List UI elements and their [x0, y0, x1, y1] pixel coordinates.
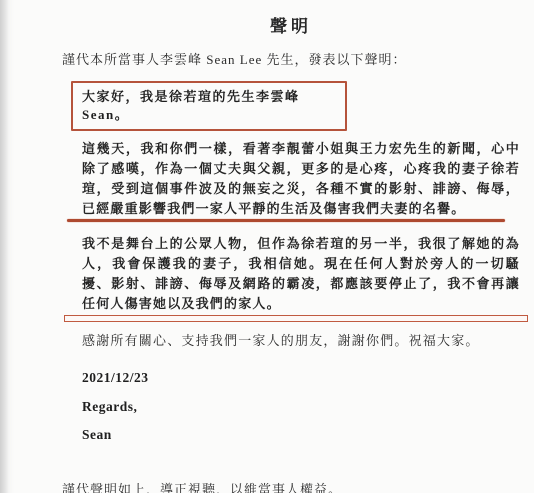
- date-line: 2021/12/23: [82, 370, 520, 386]
- thanks-line: 感謝所有關心、支持我們一家人的朋友，謝謝你們。祝福大家。: [82, 332, 520, 350]
- paragraph-news: 這幾天，我和你們一樣，看著李靚蕾小姐與王力宏先生的新聞，心中除了感嘆，作為一個丈…: [82, 139, 520, 219]
- page-title: 聲明: [62, 12, 520, 37]
- red-empty-box-annotation: [64, 315, 528, 322]
- highlight-box-text: 大家好，我是徐若瑄的先生李雲峰 Sean。: [82, 89, 300, 122]
- intro-line: 謹代本所當事人李雲峰 Sean Lee 先生，發表以下聲明：: [62, 51, 520, 69]
- signature-line: Sean: [82, 427, 520, 443]
- closing-line: Regards,: [82, 399, 520, 415]
- document-body: 聲明 謹代本所當事人李雲峰 Sean Lee 先生，發表以下聲明： 大家好，我是…: [0, 0, 534, 493]
- statement-document-scan: 聲明 謹代本所當事人李雲峰 Sean Lee 先生，發表以下聲明： 大家好，我是…: [0, 0, 534, 493]
- red-underline-annotation: [67, 219, 505, 222]
- footer-line: 謹代聲明如上，導正視聽，以維當事人權益。: [62, 481, 520, 493]
- paragraph-protect: 我不是舞台上的公眾人物，但作為徐若瑄的另一半，我很了解她的為人，我會保護我的妻子…: [82, 234, 520, 314]
- highlight-box-annotation: 大家好，我是徐若瑄的先生李雲峰 Sean。: [71, 81, 347, 131]
